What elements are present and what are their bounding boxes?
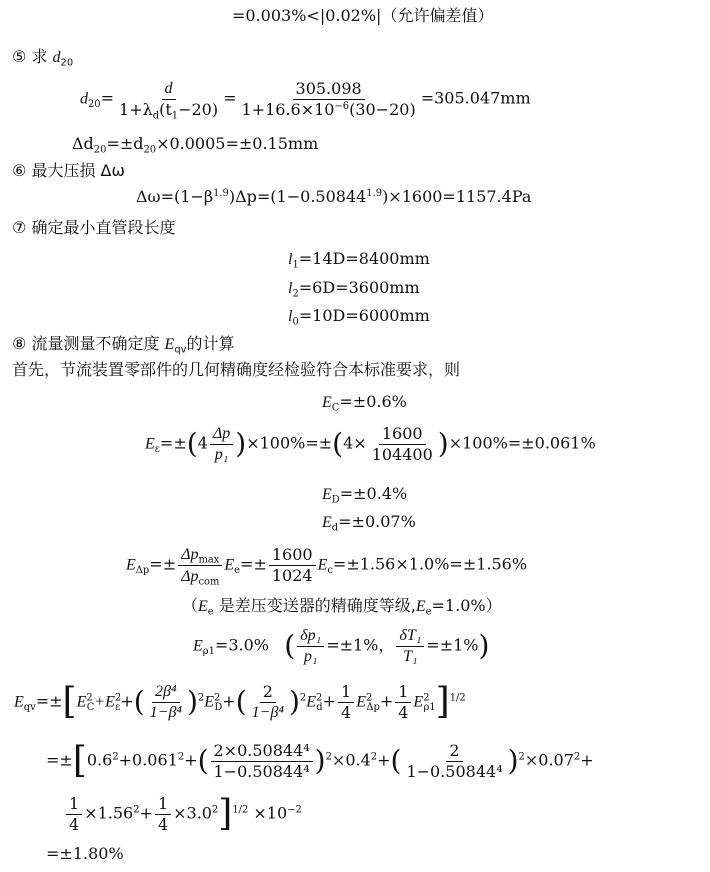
Ee-note: （Ee 是差压变送器的精确度等级,Ee=1.0%） [182,598,502,615]
subscript: 20 [94,144,107,155]
denominator: T₁ [400,647,420,666]
Erho1-formula: Eρ1=3.0% (δp₁p₁=±1%，δT₁T₁=±1%) [193,627,489,665]
numerator: 2β⁴ [152,683,180,703]
left-paren: ( [391,744,402,777]
numerator: Δp [210,425,233,445]
step-8-heading: ⑧ 流量测量不确定度 Eqv的计算 [12,336,235,353]
left-paren: ( [284,629,295,662]
value: =±0.6% [339,392,406,411]
text: ×100%=± [246,434,332,453]
subscript: ρ1 [424,702,436,713]
text: Δp [181,546,198,563]
Ed-formula: Ed=±0.07% [322,514,416,531]
text: =±d [106,134,143,153]
variable: E [306,694,316,711]
step-label: 流量测量不确定度 [31,334,159,353]
step-label: 求 [31,47,47,66]
text: + [140,804,153,823]
ED-formula: ED=±0.4% [322,486,407,503]
exponent: 1.9 [213,188,229,199]
exponent: −2 [287,805,302,816]
pressure-loss-formula: Δω=(1−β1.9)Δp=(1−0.508441.9)×1600=1157.4… [136,189,531,205]
exponent: −6 [334,101,349,112]
subscript: com [198,576,219,587]
numerator: 1 [155,795,171,815]
value: =3.0% [215,636,269,655]
text: Δω=(1−β [136,187,213,206]
text: )×1600=1157.4Pa [382,187,531,206]
fraction: δT₁T₁ [396,627,424,665]
variable: d [53,49,61,66]
fraction: 14 [66,795,82,833]
expression: =6D=3600mm [299,278,420,297]
value: =±0.07% [338,512,416,531]
subscript: D [332,494,340,505]
expression: =14D=8400mm [299,249,430,268]
step-7-heading: ⑦ 确定最小直管段长度 [12,220,175,236]
text: Δp [181,568,198,585]
right-paren: ) [235,427,246,460]
fraction: 14 [338,683,354,721]
text: + [184,751,197,770]
deviation-check-line: =0.003%<|0.02%|（允许偏差值） [232,8,493,24]
left-paren: ( [198,744,209,777]
step-5-heading: ⑤ 求 d20 [12,49,73,66]
fraction: ΔpmaxΔpcom [178,545,222,585]
numerator: δT₁ [396,627,424,647]
denominator: 1+λd(t1−20) [116,100,221,119]
exponent: 1.9 [366,188,382,199]
intro-paragraph: 首先，节流装置零部件的几何精确度经检验符合本标准要求，则 [12,362,460,378]
Eqv-substitution-line: =±[0.62+0.0612+(2×0.50844⁴1−0.50844⁴)2×0… [46,742,594,780]
denominator: 1+16.6×10−6(30−20) [239,100,419,119]
coefficient: 4 [198,434,208,453]
denominator: 1024 [269,566,316,585]
text: + [380,692,393,711]
text: =±1%， [326,636,394,655]
fraction: 21−0.50844⁴ [403,742,505,780]
text: 0.6 [87,751,112,770]
step-number: ⑧ [12,334,26,353]
allowed-deviation-note: （允许偏差值） [381,6,493,25]
Eqv-formula: Eqv=±[E2C+E2ε+(2β⁴1−β⁴)2E2D+(21−β⁴)2E2d+… [14,683,466,721]
variable: E [416,598,426,615]
text: (t [159,100,172,119]
text: =±1% [426,636,478,655]
step-label: 最大压损 Δω [31,161,124,180]
variable: E [165,336,175,353]
left-bracket: [ [63,681,77,722]
variable: E [224,557,234,574]
text: + [580,751,593,770]
numerator: 2 [446,742,462,762]
subscript: 20 [143,144,156,155]
text: =± [46,751,73,770]
subscript: Δp [136,565,150,576]
step-number: ⑥ [12,161,26,180]
variable: E [145,436,155,453]
variable: E [126,557,136,574]
step-number: ⑦ [12,218,26,237]
numerator: 1600 [379,425,426,445]
right-paren: ) [315,744,326,777]
variable: E [204,694,214,711]
numerator: d [162,80,176,100]
variable: +E [94,694,115,711]
subscript: Δp [366,702,380,713]
d20-formula: d20= d 1+λd(t1−20) = 305.098 1+16.6×10−6… [80,80,531,118]
fraction: Δpp₁ [210,425,233,463]
right-paren: ) [438,427,449,460]
Eepsilon-formula: Eε=±(4Δpp₁)×100%=±(4×1600104400)×100%=±0… [145,425,596,463]
right-paren: ) [187,685,198,718]
subscript: qv [174,344,186,355]
fraction: 14 [395,683,411,721]
text: =±1.56×1.0%=±1.56% [333,555,527,574]
fraction: δp₁p₁ [297,627,324,665]
variable: E [193,638,203,655]
denominator: 1−β⁴ [147,703,185,722]
fraction: 2×0.50844⁴1−0.50844⁴ [211,742,313,780]
text: )Δp=(1−0.50844 [229,187,366,206]
right-bracket: ] [218,793,232,834]
step-6-heading: ⑥ 最大压损 Δω [12,163,125,179]
left-paren: ( [332,427,343,460]
right-paren: ) [508,744,519,777]
left-paren: ( [134,685,145,718]
text: ×3.0 [173,804,212,823]
numerator: 2×0.50844⁴ [211,742,313,762]
fraction-1: d 1+λd(t1−20) [116,80,221,118]
subscript: max [198,554,219,565]
denominator: 4 [66,815,82,834]
fraction-2: 305.098 1+16.6×10−6(30−20) [239,80,419,118]
numerator: δp₁ [297,627,324,647]
length-l0: l0=10D=6000mm [288,308,430,325]
Ec-formula: EC=±0.6% [322,394,407,411]
text: ×1.56 [84,804,133,823]
right-paren: ) [479,629,490,662]
fraction: 16001024 [269,546,316,584]
denominator: p₁ [301,647,321,666]
numerator: 1 [395,683,411,703]
variable: d [80,91,88,108]
subscript: qv [24,702,36,713]
length-l1: l1=14D=8400mm [288,251,430,268]
Eqv-substitution-line-2: 14×1.562+14×3.02]1/2 ×10−2 [64,795,302,833]
value: =±0.4% [340,484,407,503]
step-label-suffix: 的计算 [186,334,234,353]
Eqv-result: =±1.80% [46,846,124,862]
subscript: 20 [61,57,74,68]
fraction: 21−β⁴ [249,683,287,721]
numerator: 1 [338,683,354,703]
text: ×0.07 [525,751,574,770]
text: 1+λ [119,100,153,119]
EDeltaP-formula: EΔp=±ΔpmaxΔpcomEe=±16001024Ec=±1.56×1.0%… [126,545,527,585]
variable: E [198,598,208,615]
denominator: p₁ [212,445,232,464]
text: + [120,692,133,711]
expression: =10D=6000mm [299,306,430,325]
result: =305.047mm [421,89,531,108]
variable: E [77,694,87,711]
text: −20) [178,100,218,119]
denominator: 1−0.50844⁴ [403,762,505,781]
left-paren: ( [187,427,198,460]
exponent: 1/2 [450,693,466,704]
text: 4× [343,434,367,453]
step-number: ⑤ [12,47,26,66]
numerator: 305.098 [293,80,365,100]
text: 1+16.6×10 [242,100,335,119]
numerator: Δpmax [178,545,222,566]
variable: E [14,694,24,711]
subscript: ρ1 [203,646,215,657]
text: + [323,692,336,711]
variable: E [318,557,328,574]
denominator: 4 [338,703,354,722]
numerator: 2 [260,683,276,703]
text: ×0.0005=±0.15mm [156,134,318,153]
right-bracket: ] [436,681,450,722]
value: =1.0%） [432,596,502,615]
denominator: 4 [155,815,171,834]
text: +0.061 [119,751,178,770]
variable: E [322,394,332,411]
left-paren: ( [236,685,247,718]
fraction: 1600104400 [369,425,436,463]
denominator: 1−0.50844⁴ [211,762,313,781]
right-paren: ) [289,685,300,718]
delta-d20-formula: Δd20=±d20×0.0005=±0.15mm [72,136,318,152]
text: Δd [72,134,94,153]
text: ×100%=±0.061% [449,434,596,453]
variable: E [356,694,366,711]
length-l2: l2=6D=3600mm [288,280,420,297]
text: ×10 [253,804,287,823]
variable: E [322,486,332,503]
denominator: 104400 [369,445,436,464]
numerator: 1 [66,795,82,815]
variable: E [322,514,332,531]
variable: E [413,694,423,711]
paren: （ [182,596,198,615]
text: (30−20) [349,100,416,119]
numerator: 1600 [269,546,316,566]
fraction: 14 [155,795,171,833]
deviation-expression: =0.003%<|0.02%| [232,6,381,25]
left-bracket: [ [73,740,87,781]
fraction: 2β⁴1−β⁴ [147,683,185,721]
text: ×0.4 [332,751,371,770]
denominator: Δpcom [178,566,222,586]
text: =± [149,555,176,574]
denominator: 1−β⁴ [249,703,287,722]
subscript: 20 [88,99,101,110]
text: =± [160,434,187,453]
denominator: 4 [395,703,411,722]
step-label: 确定最小直管段长度 [31,218,175,237]
text: =± [36,692,63,711]
exponent: 1/2 [232,805,248,816]
note-text: 是差压变送器的精确度等级, [214,596,416,615]
text: =± [240,555,267,574]
text: + [222,692,235,711]
text: + [377,751,390,770]
